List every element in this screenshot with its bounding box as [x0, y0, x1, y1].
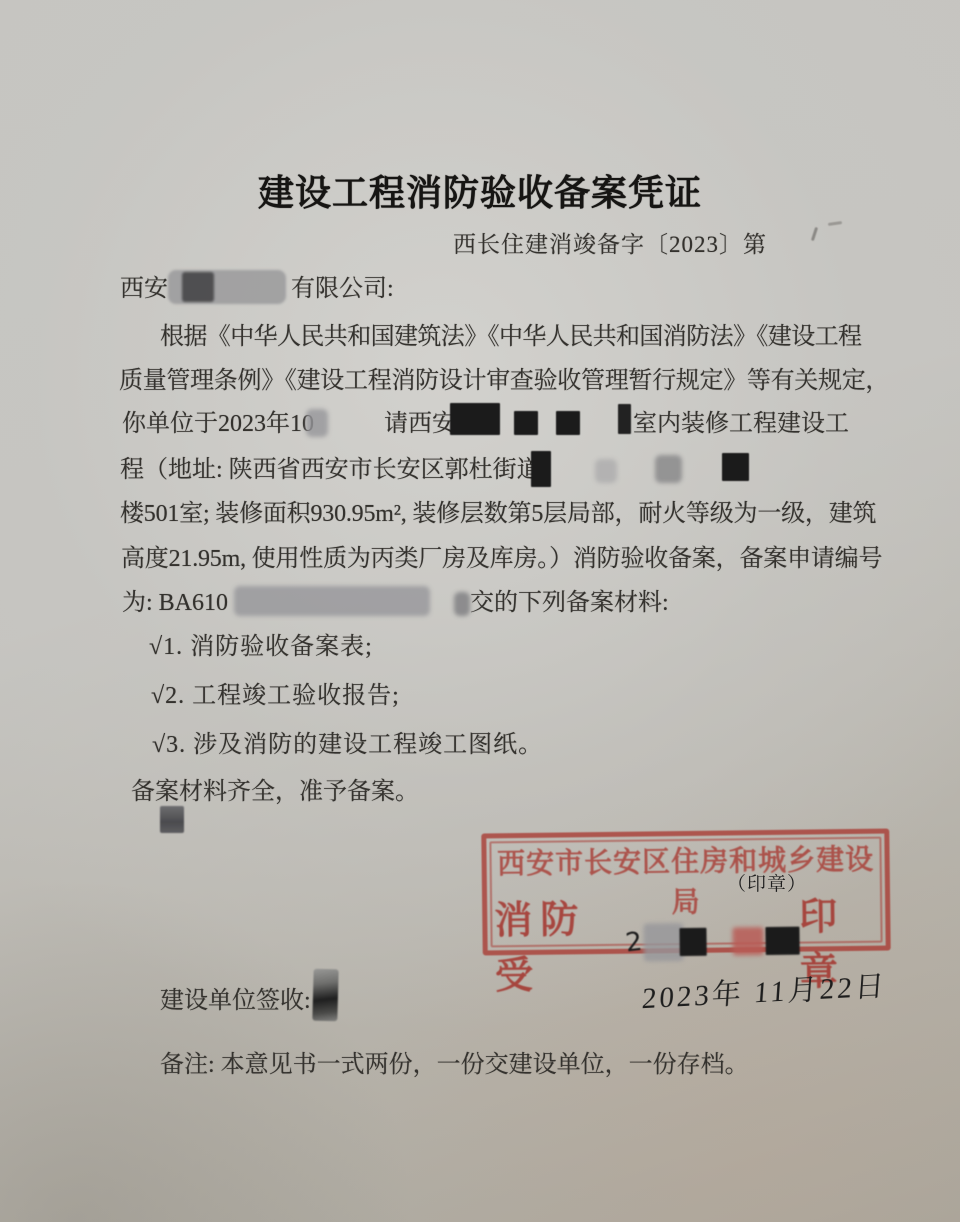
stamp-text-left: 消防受 — [494, 888, 620, 1000]
redaction-blur — [454, 592, 470, 616]
line3-text-end: 室内装修工程建设工 — [633, 411, 849, 437]
body-line-5: 楼501室; 装修面积930.95m², 装修层数第5层局部，耐火等级为一级，建… — [120, 493, 876, 528]
body-line-2: 质量管理条例》《建设工程消防设计审查验收管理暂行规定》等有关规定， — [119, 360, 889, 395]
recipient-suffix: 有限公司: — [291, 276, 394, 302]
sign-label: 建设单位签收: — [160, 980, 311, 1015]
line3-text-mid: 请西安 — [384, 411, 456, 437]
line3-text-start: 你单位于2023年10 — [122, 411, 314, 437]
pen-mark — [811, 227, 818, 241]
recipient-line: 西安有限公司: — [120, 268, 394, 304]
material-item-2: √2. 工程竣工验收报告; — [151, 675, 400, 710]
redaction-blur-company — [168, 270, 286, 304]
redaction-block — [450, 403, 500, 435]
redaction-block — [182, 272, 214, 302]
redaction-block — [722, 453, 749, 481]
seal-placeholder-label: （印章） — [727, 869, 807, 896]
scanned-document: 建设工程消防验收备案凭证 西长住建消竣备字〔2023〕第 西安有限公司: 根据《… — [0, 0, 960, 1222]
material-item-3: √3. 涉及消防的建设工程竣工图纸。 — [152, 724, 543, 759]
redaction-block — [531, 451, 551, 487]
document-number: 西长住建消竣备字〔2023〕第 — [453, 226, 767, 259]
body-line-3: 你单位于2023年10请西安室内装修工程建设工 — [122, 403, 849, 438]
body-line-4: 程（地址: 陕西省西安市长安区郭杜街道 — [120, 449, 749, 487]
body-line-6: 高度21.95m, 使用性质为丙类厂房及库房。）消防验收备案，备案申请编号 — [121, 538, 882, 573]
material-item-1: √1. 消防验收备案表; — [149, 626, 373, 661]
redaction-blur — [234, 586, 430, 616]
redaction-block-signature — [312, 969, 338, 1022]
line4-text: 程（地址: 陕西省西安市长安区郭杜街道 — [120, 457, 541, 483]
redaction-blur-red — [732, 927, 763, 955]
redaction-block — [514, 411, 538, 435]
redaction-blur — [655, 455, 682, 483]
redaction-blur — [595, 459, 617, 483]
redaction-block-small — [160, 806, 184, 833]
pen-mark — [828, 221, 842, 226]
redaction-block — [679, 928, 706, 956]
official-stamp: 西安市长安区住房和城乡建设局 消防受 2 印章 — [481, 829, 890, 956]
body-line-1: 根据《中华人民共和国建筑法》《中华人民共和国消防法》《建设工程 — [160, 316, 861, 351]
redaction-blur — [306, 409, 328, 437]
document-title: 建设工程消防验收备案凭证 — [0, 165, 960, 216]
redaction-block-partial — [618, 404, 631, 434]
line7-text-end: 交的下列备案材料: — [470, 590, 669, 616]
body-line-7: 为: BA610交的下列备案材料: — [122, 582, 669, 617]
recipient-city: 西安 — [120, 276, 168, 302]
note-line: 备注: 本意见书一式两份，一份交建设单位，一份存档。 — [160, 1044, 749, 1079]
redaction-blur — [644, 923, 684, 961]
redaction-block — [556, 411, 580, 435]
handwritten-digit: 2 — [624, 927, 644, 959]
conclusion-line: 备案材料齐全，准予备案。 — [131, 771, 419, 806]
redaction-block — [765, 927, 800, 955]
line7-text-start: 为: BA610 — [122, 590, 228, 616]
